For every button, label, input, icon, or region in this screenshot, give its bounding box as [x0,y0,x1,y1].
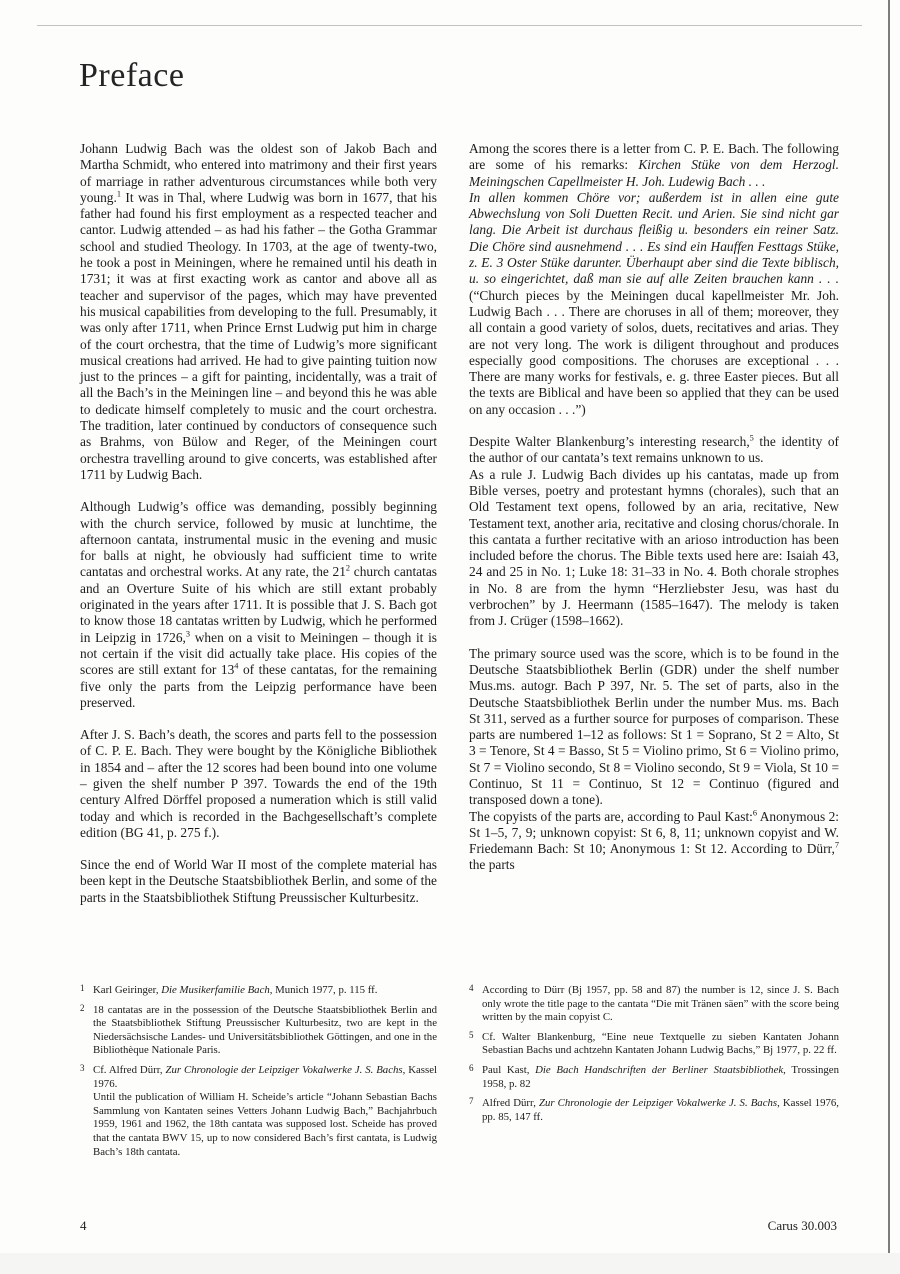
footnote-reference: 7 [835,841,839,850]
paragraph: The primary source used was the score, w… [469,646,839,809]
text-run: Until the publication of William H. Sche… [93,1091,437,1157]
body-column-right: Among the scores there is a letter from … [469,141,839,906]
text-run: Since the end of World War II most of th… [80,857,437,905]
text-run: Cf. Alfred Dürr, [93,1064,165,1076]
scan-edge-top [37,25,862,26]
footnote-column-right: 4According to Dürr (Bj 1957, pp. 58 and … [469,984,839,1165]
footnote: 6Paul Kast, Die Bach Handschriften der B… [469,1064,839,1091]
footnote-number: 3 [80,1062,85,1076]
text-run: Zur Chronologie der Leipziger Vokalwerke… [539,1097,777,1109]
footnote: 1Karl Geiringer, Die Musikerfamilie Bach… [80,984,437,998]
text-run: It was in Thal, where Ludwig was born in… [80,190,437,482]
footnote: 7Alfred Dürr, Zur Chronologie der Leipzi… [469,1097,839,1124]
text-run: Die Musikerfamilie Bach [161,984,270,996]
body-columns: Johann Ludwig Bach was the oldest son of… [80,141,839,906]
page-number: 4 [80,1218,87,1234]
text-run: The primary source used was the score, w… [469,646,839,808]
paragraph: Although Ludwig’s office was demanding, … [80,499,437,711]
edition-number: Carus 30.003 [768,1218,837,1234]
footnote-number: 6 [469,1062,474,1076]
footnote-column-left: 1Karl Geiringer, Die Musikerfamilie Bach… [80,984,437,1165]
footnote: 4According to Dürr (Bj 1957, pp. 58 and … [469,984,839,1025]
scan-edge-bottom [0,1253,900,1274]
paragraph: Since the end of World War II most of th… [80,857,437,906]
text-run: After J. S. Bach’s death, the scores and… [80,727,437,840]
footnote-number: 4 [469,982,474,996]
text-run: , Munich 1977, p. 115 ff. [270,984,378,996]
text-run: Die Bach Handschriften der Berliner Staa… [535,1064,783,1076]
footnote-number: 1 [80,982,85,996]
text-run: The copyists of the parts are, according… [469,809,753,824]
paragraph: The copyists of the parts are, according… [469,809,839,874]
text-run: Zur Chronologie der Leipziger Vokalwerke… [165,1064,402,1076]
text-run: 18 cantatas are in the possession of the… [93,1004,437,1057]
footnote: 5Cf. Walter Blankenburg, “Eine neue Text… [469,1031,839,1058]
footnote: 3Cf. Alfred Dürr, Zur Chronologie der Le… [80,1064,437,1159]
paragraph: As a rule J. Ludwig Bach divides up his … [469,467,839,630]
paragraph: Johann Ludwig Bach was the oldest son of… [80,141,437,483]
text-run: In allen kommen Chöre vor; außerdem ist … [469,190,839,286]
text-run: Paul Kast, [482,1064,535,1076]
page-title: Preface [79,57,184,95]
scan-edge-right [888,0,890,1253]
preface-page: Preface Johann Ludwig Bach was the oldes… [0,0,900,1274]
body-column-left: Johann Ludwig Bach was the oldest son of… [80,141,437,906]
text-run: (“Church pieces by the Meiningen ducal k… [469,288,839,417]
text-run: the parts [469,857,515,872]
text-run: Cf. Walter Blankenburg, “Eine neue Textq… [482,1031,839,1057]
footnote-number: 5 [469,1029,474,1043]
footnote-number: 7 [469,1095,474,1109]
paragraph: Among the scores there is a letter from … [469,141,839,418]
footnote-number: 2 [80,1002,85,1016]
text-run: According to Dürr (Bj 1957, pp. 58 and 8… [482,984,839,1023]
text-run: As a rule J. Ludwig Bach divides up his … [469,467,839,629]
footnote-columns: 1Karl Geiringer, Die Musikerfamilie Bach… [80,984,839,1165]
page-footer: 4 Carus 30.003 [80,1218,837,1234]
text-run: Despite Walter Blankenburg’s interesting… [469,434,750,449]
footnote: 218 cantatas are in the possession of th… [80,1004,437,1058]
text-run: Karl Geiringer, [93,984,161,996]
paragraph: Despite Walter Blankenburg’s interesting… [469,434,839,467]
paragraph: After J. S. Bach’s death, the scores and… [80,727,437,841]
text-run: Alfred Dürr, [482,1097,539,1109]
